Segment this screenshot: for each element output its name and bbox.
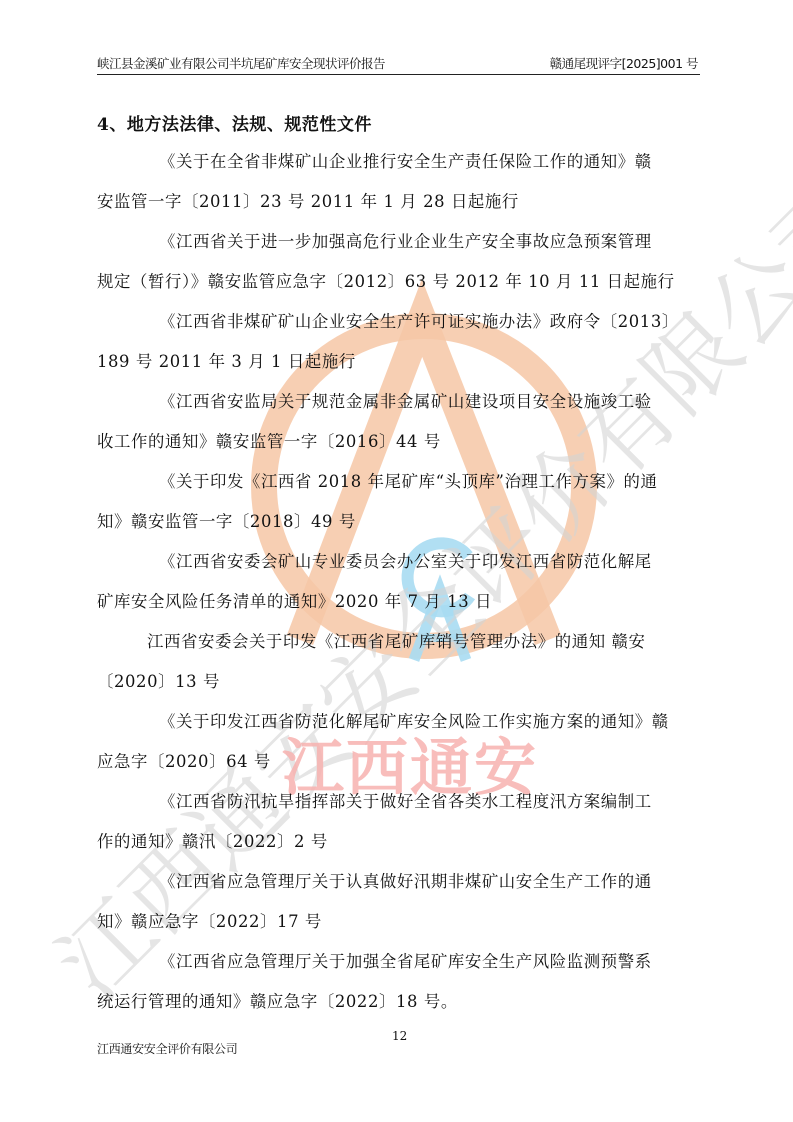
item-line: 江西省安委会关于印发《江西省尾矿库销号管理办法》的通知 赣安 bbox=[97, 622, 700, 662]
item-line: 《江西省非煤矿矿山企业安全生产许可证实施办法》政府令〔2013〕 bbox=[97, 302, 700, 342]
footer-company: 江西通安安全评价有限公司 bbox=[97, 1040, 237, 1057]
list-item: 《江西省非煤矿矿山企业安全生产许可证实施办法》政府令〔2013〕 189 号 2… bbox=[97, 302, 700, 382]
item-line: 应急字〔2020〕64 号 bbox=[97, 742, 700, 782]
list-item: 《江西省应急管理厅关于加强全省尾矿库安全生产风险监测预警系 统运行管理的通知》赣… bbox=[97, 942, 700, 1022]
item-line: 189 号 2011 年 3 月 1 日起施行 bbox=[97, 342, 700, 382]
list-item: 江西省安委会关于印发《江西省尾矿库销号管理办法》的通知 赣安 〔2020〕13 … bbox=[97, 622, 700, 702]
item-line: 《江西省安委会矿山专业委员会办公室关于印发江西省防范化解尾 bbox=[97, 542, 700, 582]
item-line: 矿库安全风险任务清单的通知》2020 年 7 月 13 日 bbox=[97, 582, 700, 622]
item-line: 知》赣应急字〔2022〕17 号 bbox=[97, 902, 700, 942]
item-line: 〔2020〕13 号 bbox=[97, 662, 700, 702]
page-header: 峡江县金溪矿业有限公司半坑尾矿库安全现状评价报告 赣通尾现评字[2025]001… bbox=[97, 56, 700, 75]
item-line: 安监管一字〔2011〕23 号 2011 年 1 月 28 日起施行 bbox=[97, 182, 700, 222]
item-line: 统运行管理的通知》赣应急字〔2022〕18 号。 bbox=[97, 982, 700, 1022]
item-line: 《关于印发《江西省 2018 年尾矿库“头顶库”治理工作方案》的通 bbox=[97, 462, 700, 502]
item-line: 《江西省应急管理厅关于认真做好汛期非煤矿山安全生产工作的通 bbox=[97, 862, 700, 902]
item-line: 《江西省安监局关于规范金属非金属矿山建设项目安全设施竣工验 bbox=[97, 382, 700, 422]
item-line: 作的通知》赣汛〔2022〕2 号 bbox=[97, 822, 700, 862]
section-heading: 4、地方法法律、法规、规范性文件 bbox=[97, 110, 372, 135]
list-item: 《关于印发《江西省 2018 年尾矿库“头顶库”治理工作方案》的通 知》赣安监管… bbox=[97, 462, 700, 542]
list-item: 《江西省应急管理厅关于认真做好汛期非煤矿山安全生产工作的通 知》赣应急字〔202… bbox=[97, 862, 700, 942]
list-item: 《江西省安委会矿山专业委员会办公室关于印发江西省防范化解尾 矿库安全风险任务清单… bbox=[97, 542, 700, 622]
report-title: 峡江县金溪矿业有限公司半坑尾矿库安全现状评价报告 bbox=[97, 56, 385, 72]
item-line: 规定（暂行）》赣安监管应急字〔2012〕63 号 2012 年 10 月 11 … bbox=[97, 262, 700, 302]
item-line: 《江西省应急管理厅关于加强全省尾矿库安全生产风险监测预警系 bbox=[97, 942, 700, 982]
report-code: 赣通尾现评字[2025]001 号 bbox=[550, 56, 698, 72]
item-line: 收工作的通知》赣安监管一字〔2016〕44 号 bbox=[97, 422, 700, 462]
item-line: 《江西省关于进一步加强高危行业企业生产安全事故应急预案管理 bbox=[97, 222, 700, 262]
list-item: 《关于在全省非煤矿山企业推行安全生产责任保险工作的通知》赣 安监管一字〔2011… bbox=[97, 142, 700, 222]
list-item: 《关于印发江西省防范化解尾矿库安全风险工作实施方案的通知》赣 应急字〔2020〕… bbox=[97, 702, 700, 782]
list-item: 《江西省安监局关于规范金属非金属矿山建设项目安全设施竣工验 收工作的通知》赣安监… bbox=[97, 382, 700, 462]
list-item: 《江西省关于进一步加强高危行业企业生产安全事故应急预案管理 规定（暂行）》赣安监… bbox=[97, 222, 700, 302]
document-page: 江西通安安全评价有限公司 江西通安 峡江县金溪矿业有限公司半坑尾矿库安全现状评价… bbox=[0, 0, 793, 1122]
item-line: 《关于在全省非煤矿山企业推行安全生产责任保险工作的通知》赣 bbox=[97, 142, 700, 182]
page-number: 12 bbox=[392, 1029, 407, 1043]
item-line: 《江西省防汛抗旱指挥部关于做好全省各类水工程度汛方案编制工 bbox=[97, 782, 700, 822]
item-line: 知》赣安监管一字〔2018〕49 号 bbox=[97, 502, 700, 542]
item-line: 《关于印发江西省防范化解尾矿库安全风险工作实施方案的通知》赣 bbox=[97, 702, 700, 742]
list-item: 《江西省防汛抗旱指挥部关于做好全省各类水工程度汛方案编制工 作的通知》赣汛〔20… bbox=[97, 782, 700, 862]
